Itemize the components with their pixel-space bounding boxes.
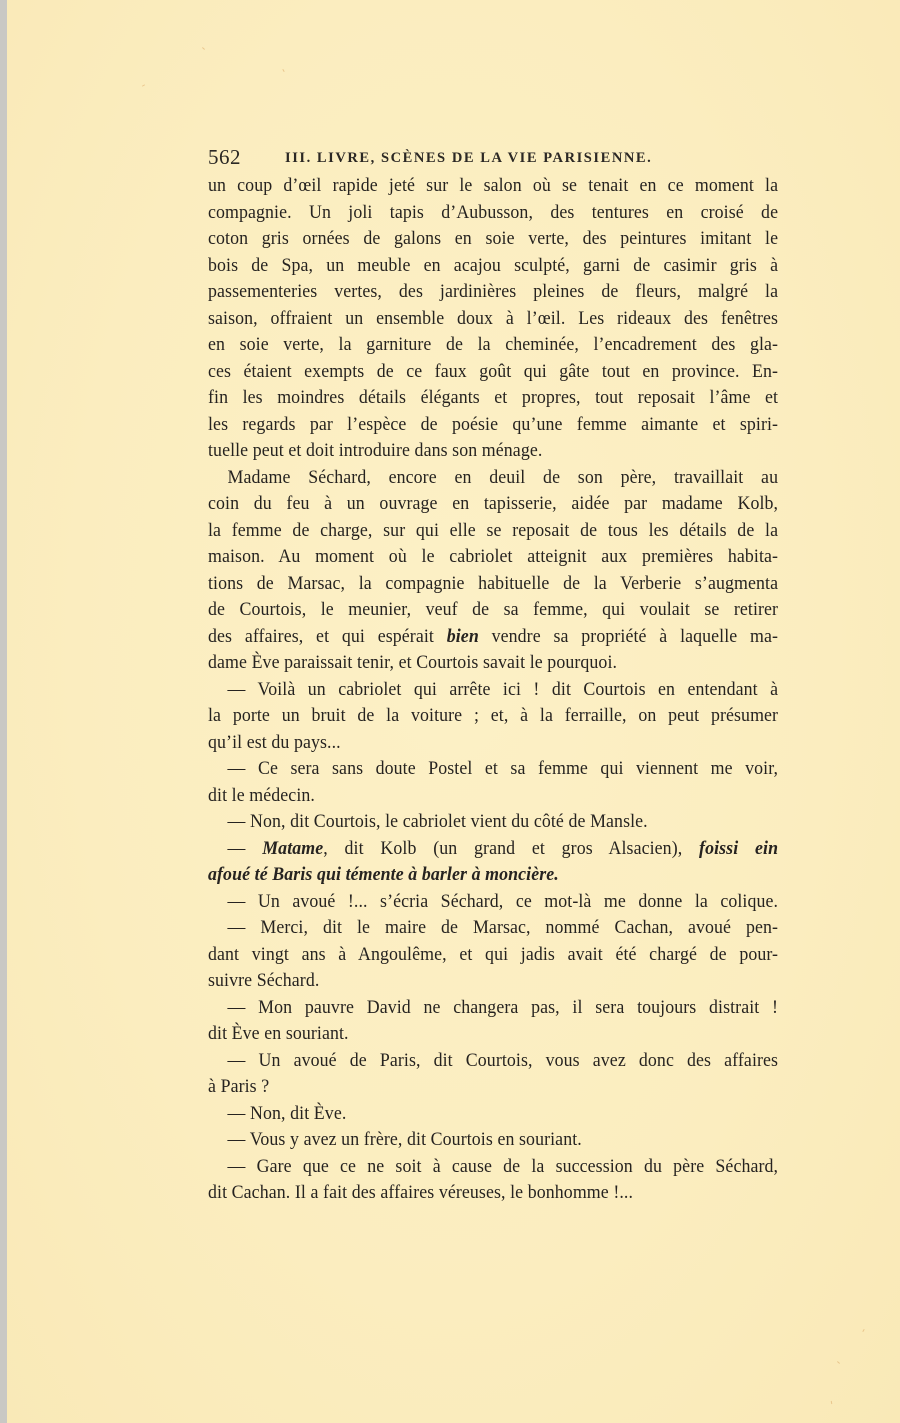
text-line: dant vingt ans à Angoulême, et qui jadis…: [208, 942, 778, 969]
text-line: afoué té Baris qui témente à barler à mo…: [208, 862, 778, 889]
text-line: — Merci, dit le maire de Marsac, nommé C…: [208, 915, 778, 942]
italic-speech: afoué té Baris qui témente à barler à mo…: [208, 864, 559, 885]
text-line: dit le médecin.: [208, 783, 778, 810]
page-number: 562: [208, 144, 241, 170]
page-header: 562 III. LIVRE, SCÈNES DE LA VIE PARISIE…: [208, 144, 780, 170]
text-line: en soie verte, la garniture de la chemin…: [208, 332, 778, 359]
text-line: bois de Spa, un meuble en acajou sculpté…: [208, 253, 778, 280]
text-line: saison, offraient un ensemble doux à l’œ…: [208, 306, 778, 333]
text-line: compagnie. Un joli tapis d’Aubusson, des…: [208, 200, 778, 227]
text-line: dit Ève en souriant.: [208, 1021, 778, 1048]
text-line: qu’il est du pays...: [208, 730, 778, 757]
text-line: maison. Au moment où le cabriolet atteig…: [208, 544, 778, 571]
running-head: III. LIVRE, SCÈNES DE LA VIE PARISIENNE.: [285, 147, 652, 169]
text-line: à Paris ?: [208, 1074, 778, 1101]
text-line: tions de Marsac, la compagnie habituelle…: [208, 571, 778, 598]
text-line: — Vous y avez un frère, dit Courtois en …: [208, 1127, 778, 1154]
italic-speech: Matame: [262, 838, 323, 859]
text-line: coin du feu à un ouvrage en tapisserie, …: [208, 491, 778, 518]
text-line: — Gare que ce ne soit à cause de la succ…: [208, 1154, 778, 1181]
text-line: — Non, dit Ève.: [208, 1101, 778, 1128]
text-line: — Ce sera sans doute Postel et sa femme …: [208, 756, 778, 783]
text-line: Madame Séchard, encore en deuil de son p…: [208, 465, 778, 492]
text-line: des affaires, et qui espérait bien vendr…: [208, 624, 778, 651]
text-line: les regards par l’espèce de poésie qu’un…: [208, 412, 778, 439]
text-line: — Voilà un cabriolet qui arrête ici ! di…: [208, 677, 778, 704]
text-line: tuelle peut et doit introduire dans son …: [208, 438, 778, 465]
text-line: dame Ève paraissait tenir, et Courtois s…: [208, 650, 778, 677]
text-line: fin les moindres détails élégants et pro…: [208, 385, 778, 412]
paper-speck: [202, 47, 205, 50]
text-line: — Non, dit Courtois, le cabriolet vient …: [208, 809, 778, 836]
text-line: dit Cachan. Il a fait des affaires véreu…: [208, 1180, 778, 1207]
italic-emphasis: bien: [447, 626, 479, 647]
text-line: — Mon pauvre David ne changera pas, il s…: [208, 995, 778, 1022]
italic-speech: foissi ein: [699, 838, 778, 859]
body-text: un coup d’œil rapide jeté sur le salon o…: [208, 173, 778, 1207]
paper-speck: [862, 1329, 864, 1332]
paper-speck: [282, 69, 284, 72]
text-span: —: [228, 838, 263, 859]
text-line: ces étaient exempts de ce faux goût qui …: [208, 359, 778, 386]
text-line: suivre Séchard.: [208, 968, 778, 995]
text-span: des affaires, et qui espérait: [208, 626, 447, 647]
text-line: — Un avoué !... s’écria Séchard, ce mot-…: [208, 889, 778, 916]
text-line: — Un avoué de Paris, dit Courtois, vous …: [208, 1048, 778, 1075]
text-span: , dit Kolb (un grand et gros Alsacien),: [323, 838, 699, 859]
text-line: la porte un bruit de la voiture ; et, à …: [208, 703, 778, 730]
text-line: un coup d’œil rapide jeté sur le salon o…: [208, 173, 778, 200]
text-line: coton gris ornées de galons en soie vert…: [208, 226, 778, 253]
paper-speck: [142, 84, 145, 86]
text-span: vendre sa propriété à laquelle ma-: [479, 626, 778, 647]
scan-left-edge: [0, 0, 7, 1423]
text-line: la femme de charge, sur qui elle se repo…: [208, 518, 778, 545]
text-line: — Matame, dit Kolb (un grand et gros Als…: [208, 836, 778, 863]
text-line: de Courtois, le meunier, veuf de sa femm…: [208, 597, 778, 624]
paper-speck: [831, 1401, 833, 1404]
paper-speck: [837, 1361, 840, 1364]
text-line: passementeries vertes, des jardinières p…: [208, 279, 778, 306]
